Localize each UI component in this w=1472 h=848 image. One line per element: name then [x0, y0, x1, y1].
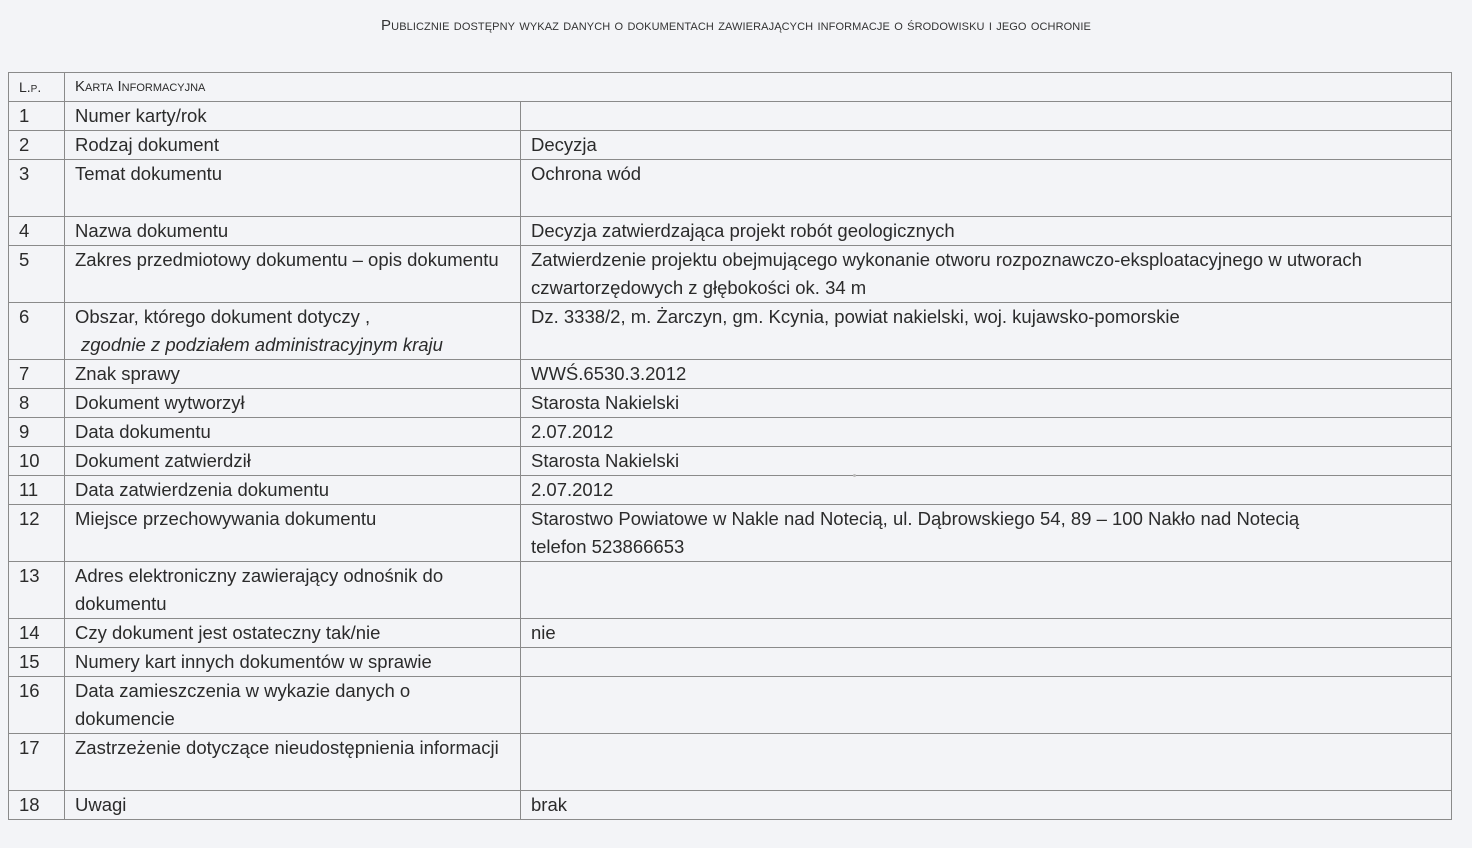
row-label-text: Dokument zatwierdził	[75, 447, 512, 475]
row-label-text: Numer karty/rok	[75, 102, 512, 130]
row-value: Dz. 3338/2, m. Żarczyn, gm. Kcynia, powi…	[521, 303, 1452, 360]
row-value: Starostwo Powiatowe w Nakle nad Notecią,…	[521, 505, 1452, 562]
row-number: 5	[9, 246, 65, 303]
row-label-text: Zastrzeżenie dotyczące nieudostępnienia …	[75, 734, 512, 762]
row-value	[521, 734, 1452, 791]
row-value-text: brak	[531, 791, 1443, 819]
row-value-text: Decyzja zatwierdzająca projekt robót geo…	[531, 217, 1443, 245]
table-row: 14Czy dokument jest ostateczny tak/nieni…	[9, 619, 1452, 648]
row-label-note: zgodnie z podziałem administracyjnym kra…	[75, 331, 512, 359]
header-card: Karta Informacyjna	[65, 73, 1452, 102]
row-value-text: WWŚ.6530.3.2012	[531, 360, 1443, 388]
table-row: 13Adres elektroniczny zawierający odnośn…	[9, 562, 1452, 619]
row-value: Starosta Nakielski	[521, 389, 1452, 418]
row-label: Adres elektroniczny zawierający odnośnik…	[65, 562, 521, 619]
table-row: 17Zastrzeżenie dotyczące nieudostępnieni…	[9, 734, 1452, 791]
row-label: Dokument wytworzył	[65, 389, 521, 418]
row-number: 4	[9, 217, 65, 246]
row-value-text: nie	[531, 619, 1443, 647]
table-row: 12Miejsce przechowywania dokumentuStaros…	[9, 505, 1452, 562]
row-value	[521, 677, 1452, 734]
row-number: 8	[9, 389, 65, 418]
row-label-text: Czy dokument jest ostateczny tak/nie	[75, 619, 512, 647]
row-label: Rodzaj dokument	[65, 131, 521, 160]
row-label-text: Data zamieszczenia w wykazie danych o do…	[75, 677, 512, 733]
table-row: 8Dokument wytworzyłStarosta Nakielski	[9, 389, 1452, 418]
information-card-table: L.p. Karta Informacyjna 1Numer karty/rok…	[8, 72, 1452, 820]
row-label: Data zamieszczenia w wykazie danych o do…	[65, 677, 521, 734]
row-value-text: Ochrona wód	[531, 160, 1443, 188]
row-value-text: Zatwierdzenie projektu obejmującego wyko…	[531, 246, 1443, 302]
header-lp: L.p.	[9, 73, 65, 102]
row-value: 2.07.2012	[521, 418, 1452, 447]
row-label-text: Data dokumentu	[75, 418, 512, 446]
row-value: Zatwierdzenie projektu obejmującego wyko…	[521, 246, 1452, 303]
row-label-text: Dokument wytworzył	[75, 389, 512, 417]
table-row: 11Data zatwierdzenia dokumentu2.07.2012	[9, 476, 1452, 505]
row-label-text: Numery kart innych dokumentów w sprawie	[75, 648, 512, 676]
row-label: Miejsce przechowywania dokumentu	[65, 505, 521, 562]
table-row: 5Zakres przedmiotowy dokumentu – opis do…	[9, 246, 1452, 303]
table-row: 2Rodzaj dokumentDecyzja	[9, 131, 1452, 160]
row-label-text: Uwagi	[75, 791, 512, 819]
row-value-text: 2.07.2012	[531, 476, 1443, 504]
row-value-text: Starostwo Powiatowe w Nakle nad Notecią,…	[531, 505, 1443, 533]
row-label: Czy dokument jest ostateczny tak/nie	[65, 619, 521, 648]
row-value: Decyzja zatwierdzająca projekt robót geo…	[521, 217, 1452, 246]
row-label: Temat dokumentu	[65, 160, 521, 217]
row-label-text: Zakres przedmiotowy dokumentu – opis dok…	[75, 246, 512, 274]
scan-speck	[853, 474, 856, 477]
row-number: 9	[9, 418, 65, 447]
row-number: 2	[9, 131, 65, 160]
row-label: Zakres przedmiotowy dokumentu – opis dok…	[65, 246, 521, 303]
row-label: Nazwa dokumentu	[65, 217, 521, 246]
table-row: 10Dokument zatwierdziłStarosta Nakielski	[9, 447, 1452, 476]
row-label-text: Nazwa dokumentu	[75, 217, 512, 245]
row-number: 16	[9, 677, 65, 734]
row-label-text: Znak sprawy	[75, 360, 512, 388]
row-value	[521, 562, 1452, 619]
row-value: Ochrona wód	[521, 160, 1452, 217]
row-value-text: Decyzja	[531, 131, 1443, 159]
row-number: 6	[9, 303, 65, 360]
table-row: 9Data dokumentu2.07.2012	[9, 418, 1452, 447]
row-value: 2.07.2012	[521, 476, 1452, 505]
row-value: Starosta Nakielski	[521, 447, 1452, 476]
table-row: 3Temat dokumentuOchrona wód	[9, 160, 1452, 217]
row-label: Znak sprawy	[65, 360, 521, 389]
row-number: 1	[9, 102, 65, 131]
table-row: 15Numery kart innych dokumentów w sprawi…	[9, 648, 1452, 677]
row-number: 10	[9, 447, 65, 476]
row-label: Data dokumentu	[65, 418, 521, 447]
table-row: 16Data zamieszczenia w wykazie danych o …	[9, 677, 1452, 734]
row-label-text: Data zatwierdzenia dokumentu	[75, 476, 512, 504]
row-value: Decyzja	[521, 131, 1452, 160]
row-value-text: Starosta Nakielski	[531, 389, 1443, 417]
row-value: brak	[521, 791, 1452, 820]
row-label: Dokument zatwierdził	[65, 447, 521, 476]
row-value-text-line2: telefon 523866653	[531, 533, 1443, 561]
row-value	[521, 102, 1452, 131]
row-label: Zastrzeżenie dotyczące nieudostępnienia …	[65, 734, 521, 791]
row-label-text: Adres elektroniczny zawierający odnośnik…	[75, 562, 512, 618]
table-row: 18Uwagibrak	[9, 791, 1452, 820]
row-number: 3	[9, 160, 65, 217]
row-value: nie	[521, 619, 1452, 648]
table-header-row: L.p. Karta Informacyjna	[9, 73, 1452, 102]
row-label-text: Miejsce przechowywania dokumentu	[75, 505, 512, 533]
row-label-text: Temat dokumentu	[75, 160, 512, 188]
row-number: 15	[9, 648, 65, 677]
table-row: 6Obszar, którego dokument dotyczy ,zgodn…	[9, 303, 1452, 360]
row-label: Uwagi	[65, 791, 521, 820]
row-number: 18	[9, 791, 65, 820]
row-label: Numery kart innych dokumentów w sprawie	[65, 648, 521, 677]
row-value-text: 2.07.2012	[531, 418, 1443, 446]
row-label: Obszar, którego dokument dotyczy ,zgodni…	[65, 303, 521, 360]
row-value: WWŚ.6530.3.2012	[521, 360, 1452, 389]
row-value	[521, 648, 1452, 677]
row-number: 14	[9, 619, 65, 648]
row-value-text: Dz. 3338/2, m. Żarczyn, gm. Kcynia, powi…	[531, 303, 1443, 331]
row-label-text: Rodzaj dokument	[75, 131, 512, 159]
table-row: 7Znak sprawyWWŚ.6530.3.2012	[9, 360, 1452, 389]
row-label: Numer karty/rok	[65, 102, 521, 131]
row-number: 17	[9, 734, 65, 791]
row-number: 13	[9, 562, 65, 619]
table-row: 4Nazwa dokumentuDecyzja zatwierdzająca p…	[9, 217, 1452, 246]
row-label: Data zatwierdzenia dokumentu	[65, 476, 521, 505]
row-number: 12	[9, 505, 65, 562]
row-number: 7	[9, 360, 65, 389]
row-label-text: Obszar, którego dokument dotyczy ,	[75, 303, 512, 331]
row-number: 11	[9, 476, 65, 505]
document-title: Publicznie dostępny wykaz danych o dokum…	[0, 17, 1472, 34]
row-value-text: Starosta Nakielski	[531, 447, 1443, 475]
table-row: 1Numer karty/rok	[9, 102, 1452, 131]
